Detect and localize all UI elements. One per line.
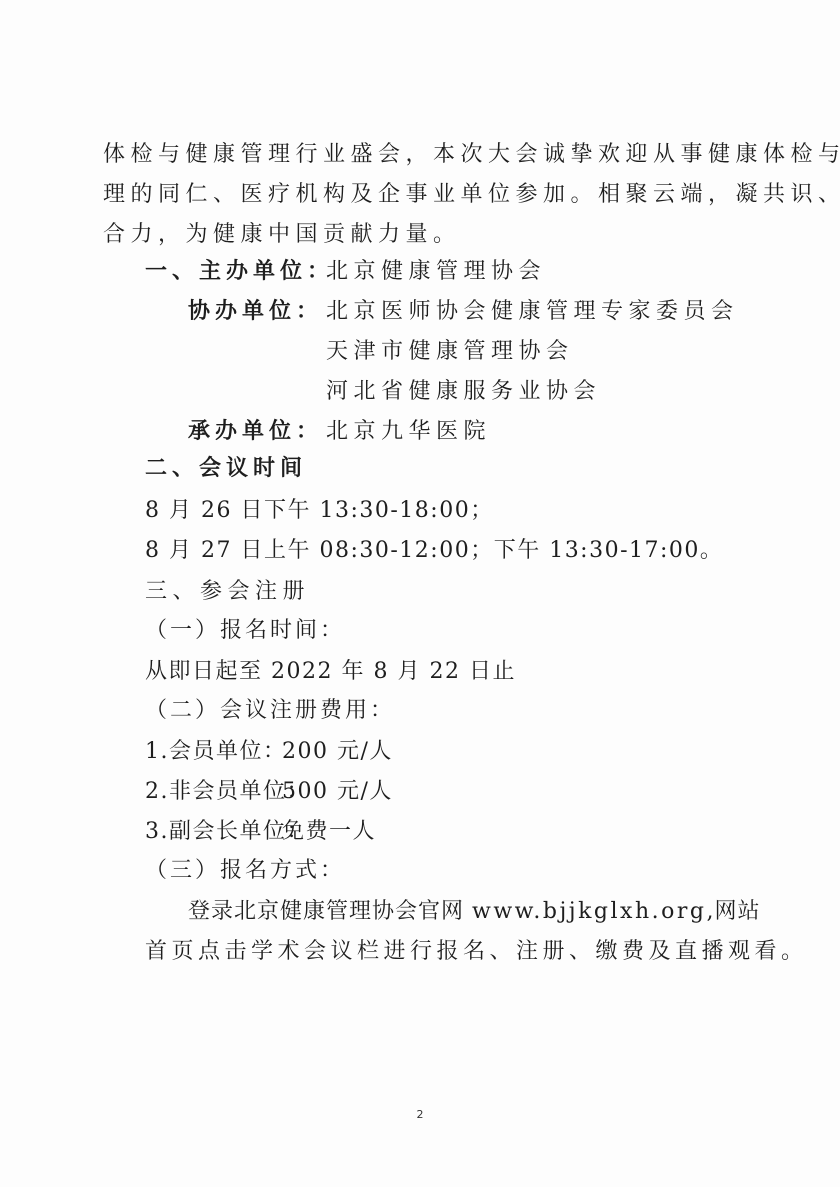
sub3-heading: （三）报名方式： bbox=[145, 857, 345, 885]
section3-heading: 三、参会注册 bbox=[145, 578, 310, 606]
page-number: 2 bbox=[0, 1108, 840, 1121]
meeting-time-day2: 8 月 27 日上午 08:30-12:00；下午 13:30-17:00。 bbox=[145, 537, 723, 565]
website-link[interactable]: www.bjjkglxh.org bbox=[472, 899, 706, 924]
co-organizer-value-2: 天津市健康管理协会 bbox=[326, 338, 574, 366]
registration-method-line-1: 登录北京健康管理协会官网 www.bjjkglxh.org,网站 bbox=[188, 898, 760, 926]
co-organizer-value-3: 河北省健康服务业协会 bbox=[326, 378, 601, 406]
document-page: 体检与健康管理行业盛会，本次大会诚挚欢迎从事健康体检与管 理的同仁、医疗机构及企… bbox=[0, 0, 840, 1187]
organizer-value: 北京九华医院 bbox=[326, 418, 491, 446]
co-organizer-label: 协办单位： bbox=[188, 298, 323, 326]
organizer-label: 承办单位： bbox=[188, 418, 323, 446]
sub2-heading: （二）会议注册费用： bbox=[145, 697, 395, 725]
co-organizer-value-1: 北京医师协会健康管理专家委员会 bbox=[326, 298, 739, 326]
fee-nonmember-value: 500 元/人 bbox=[282, 778, 393, 806]
fee-vice-president-value: 免费一人 bbox=[282, 818, 376, 846]
intro-line-1: 体检与健康管理行业盛会，本次大会诚挚欢迎从事健康体检与管 bbox=[103, 141, 840, 169]
intro-line-2: 理的同仁、医疗机构及企事业单位参加。相聚云端，凝共识、聚 bbox=[103, 181, 840, 209]
host-value: 北京健康管理协会 bbox=[326, 258, 546, 286]
section2-heading: 二、会议时间 bbox=[145, 455, 307, 483]
registration-method-line-2: 首页点击学术会议栏进行报名、注册、缴费及直播观看。 bbox=[145, 938, 808, 966]
sub1-heading: （一）报名时间： bbox=[145, 617, 345, 645]
intro-line-3: 合力，为健康中国贡献力量。 bbox=[103, 221, 461, 249]
host-label: 一、主办单位： bbox=[145, 258, 334, 286]
registration-deadline: 从即日起至 2022 年 8 月 22 日止 bbox=[145, 658, 516, 686]
fee-member-label: 1.会员单位： bbox=[145, 738, 287, 766]
method-prefix: 登录北京健康管理协会官网 bbox=[188, 899, 472, 924]
meeting-time-day1: 8 月 26 日下午 13:30-18:00； bbox=[145, 497, 494, 525]
method-suffix: ,网站 bbox=[706, 899, 760, 924]
fee-member-value: 200 元/人 bbox=[282, 738, 393, 766]
